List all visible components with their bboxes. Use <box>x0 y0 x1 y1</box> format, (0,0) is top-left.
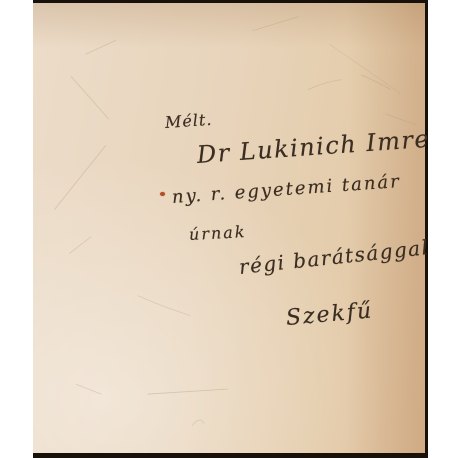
inscription-line-urnak: úrnak <box>189 222 247 244</box>
inscription-line-title: ny. r. egyetemi tanár <box>171 171 401 208</box>
red-ink-dot <box>160 192 165 196</box>
scanned-flyleaf-photo: Mélt. Dr Lukinich Imre ny. r. egyetemi t… <box>0 0 458 458</box>
inscription-line-honorific: Mélt. <box>164 110 213 132</box>
inscription-line-regards: régi barátsággal <box>238 235 431 279</box>
book-page: Mélt. Dr Lukinich Imre ny. r. egyetemi t… <box>33 0 428 458</box>
inscription-line-recipient-name: Dr Lukinich Imre <box>196 125 431 169</box>
inscription-signature: Szekfű <box>285 298 374 331</box>
